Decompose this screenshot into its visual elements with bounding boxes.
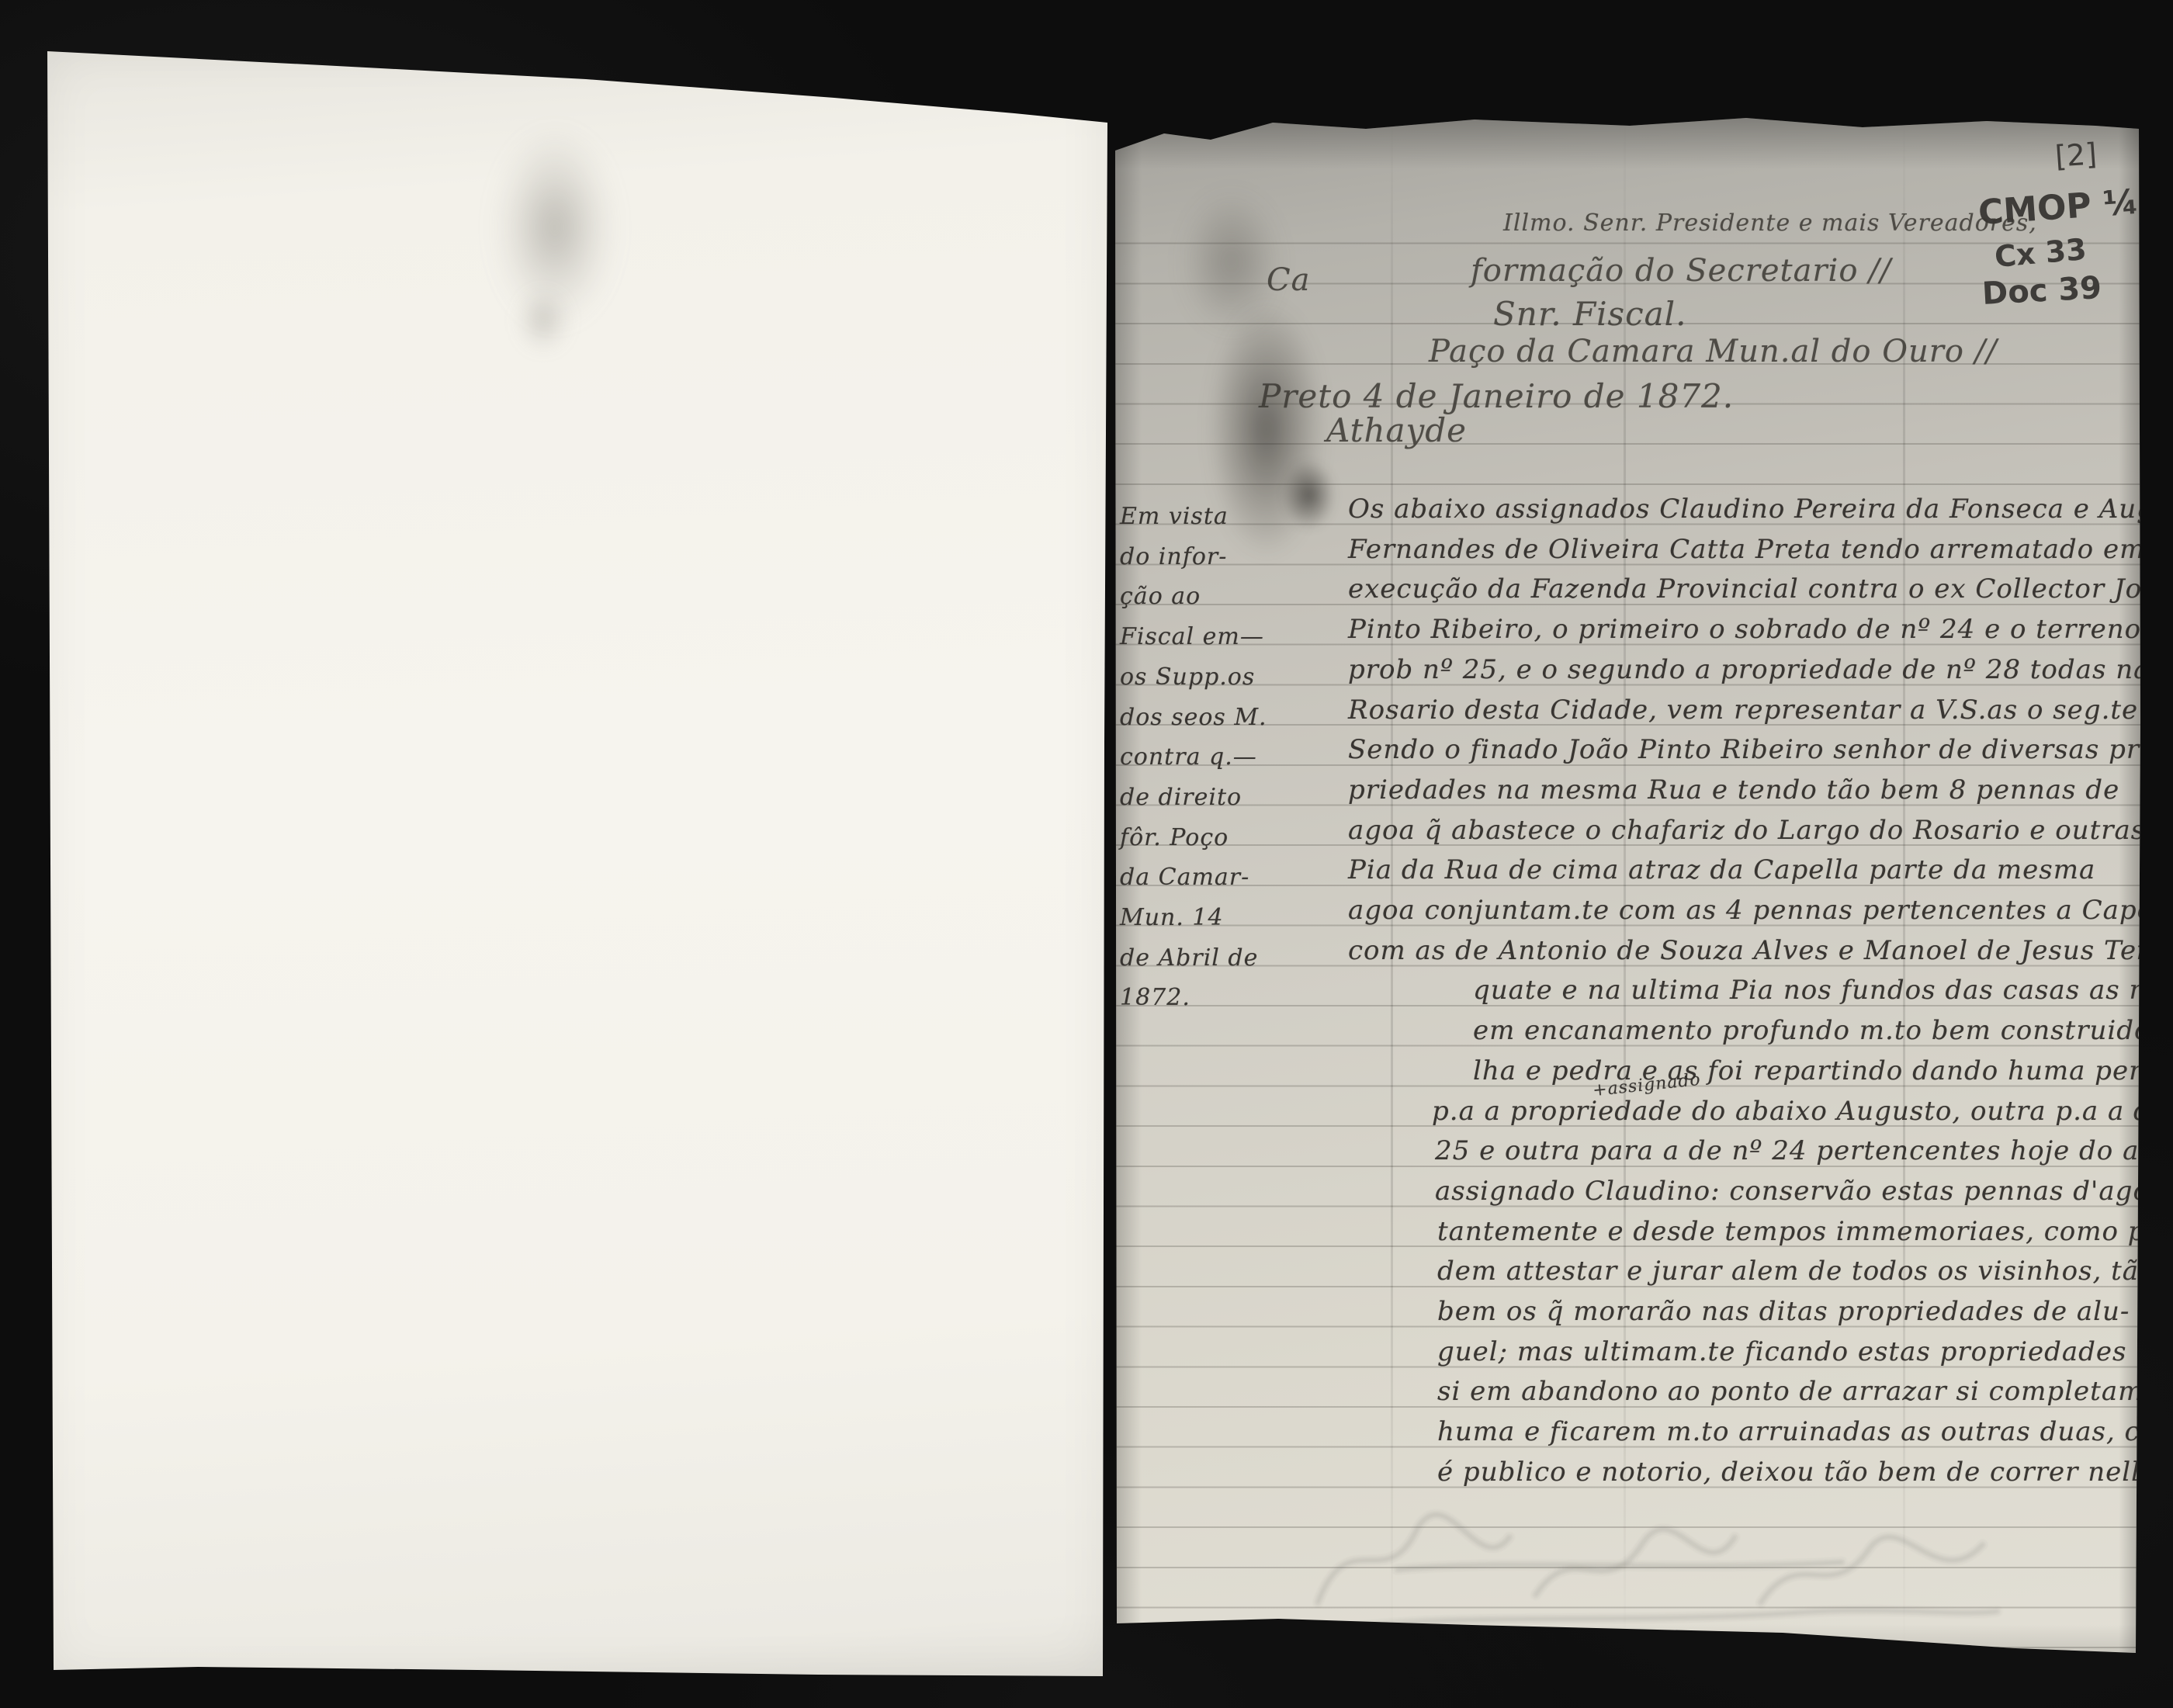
body-text-line: Pinto Ribeiro, o primeiro o sobrado de n…	[1348, 614, 2173, 645]
body-text-line: é publico e notorio, deixou tão bem de c…	[1437, 1457, 2171, 1488]
body-text-line: bem os q̃ morarão nas ditas propriedades…	[1437, 1296, 2130, 1327]
margin-dispatch-line: Fiscal em—	[1120, 623, 1264, 650]
body-text-line: agoa conjuntam.te com as 4 pennas perten…	[1348, 895, 2173, 926]
manuscript-recto-page: [2] CMOP ¼ Cx 33 Doc 39 +assignado Illmo…	[1115, 115, 2140, 1655]
margin-dispatch-line: contra q.—	[1120, 743, 1257, 771]
margin-dispatch-line: Em vista	[1120, 503, 1229, 530]
ink-smudge	[1274, 449, 1344, 542]
body-text-line: tantemente e desde tempos immemoriaes, c…	[1437, 1216, 2171, 1247]
body-text-line: quate e na ultima Pia nos fundos das cas…	[1473, 975, 2173, 1006]
body-text-line: 25 e outra para a de nº 24 pertencentes …	[1435, 1135, 2173, 1166]
archival-doc-mark: Doc 39	[1981, 270, 2102, 312]
body-text-line: em encanamento profundo m.to bem constru…	[1473, 1015, 2173, 1046]
body-text-line: guel; mas ultimam.te ficando estas propr…	[1437, 1336, 2173, 1367]
body-text-line: priedades na mesma Rua e tendo tão bem 8…	[1348, 774, 2119, 805]
body-text-line: assignado Claudino: conservão estas penn…	[1435, 1176, 2173, 1207]
margin-dispatch-line: ção ao	[1120, 583, 1201, 610]
heading-line: Ca	[1267, 262, 1310, 298]
margin-dispatch-line: de direito	[1120, 784, 1242, 811]
body-text-line: Pia da Rua de cima atraz da Capella part…	[1348, 854, 2095, 885]
heading-line: Illmo. Senr. Presidente e mais Vereadore…	[1503, 210, 2037, 237]
body-text-line: lha e pedra e as foi repartindo dando hu…	[1473, 1055, 2173, 1086]
body-text-line: huma e ficarem m.to arruinadas as outras…	[1437, 1416, 2173, 1447]
body-text-line: p.a a propriedade do abaixo Augusto, out…	[1432, 1096, 2173, 1127]
body-text-line: Fernandes de Oliveira Catta Preta tendo …	[1348, 534, 2145, 565]
body-text-line: Rosario desta Cidade, vem representar a …	[1348, 695, 2138, 726]
heading-line: Paço da Camara Mun.al do Ouro //	[1429, 334, 1998, 369]
margin-dispatch-line: 1872.	[1120, 984, 1190, 1011]
archival-corner-number: [2]	[2054, 137, 2098, 174]
heading-line: Snr. Fiscal.	[1493, 295, 1686, 333]
heading-line: Athayde	[1326, 411, 1467, 449]
body-text-line: com as de Antonio de Souza Alves e Manoe…	[1348, 935, 2156, 966]
body-text-line: execução da Fazenda Provincial contra o …	[1348, 573, 2173, 605]
margin-dispatch-line: Mun. 14	[1120, 904, 1224, 931]
heading-line: formação do Secretario //	[1471, 253, 1891, 289]
body-text-line: Os abaixo assignados Claudino Pereira da…	[1348, 494, 2173, 525]
margin-dispatch-line: do infor-	[1120, 543, 1227, 570]
margin-dispatch-line: dos seos M.	[1120, 704, 1267, 731]
body-text-line: si em abandono ao ponto de arrazar si co…	[1437, 1376, 2173, 1407]
heading-line: Preto 4 de Janeiro de 1872.	[1259, 377, 1734, 415]
body-text-line: prob nº 25, e o segundo a propriedade de…	[1348, 654, 2173, 685]
body-text-line: Sendo o finado João Pinto Ribeiro senhor…	[1348, 734, 2166, 765]
ink-bleed-through	[1301, 1488, 2015, 1636]
body-text-line: dem attestar e jurar alem de todos os vi…	[1437, 1256, 2156, 1287]
photo-background: [2] CMOP ¼ Cx 33 Doc 39 +assignado Illmo…	[0, 0, 2173, 1708]
margin-dispatch-line: os Supp.os	[1120, 663, 1255, 691]
margin-dispatch-line: fôr. Poço	[1120, 824, 1229, 851]
margin-dispatch-line: da Camar-	[1120, 864, 1249, 891]
blank-verso-page	[43, 45, 1107, 1679]
margin-dispatch-line: de Abril de	[1120, 944, 1258, 972]
paper-smudge	[508, 278, 578, 363]
body-text-line: agoa q̃ abastece o chafariz do Largo do …	[1348, 815, 2173, 846]
